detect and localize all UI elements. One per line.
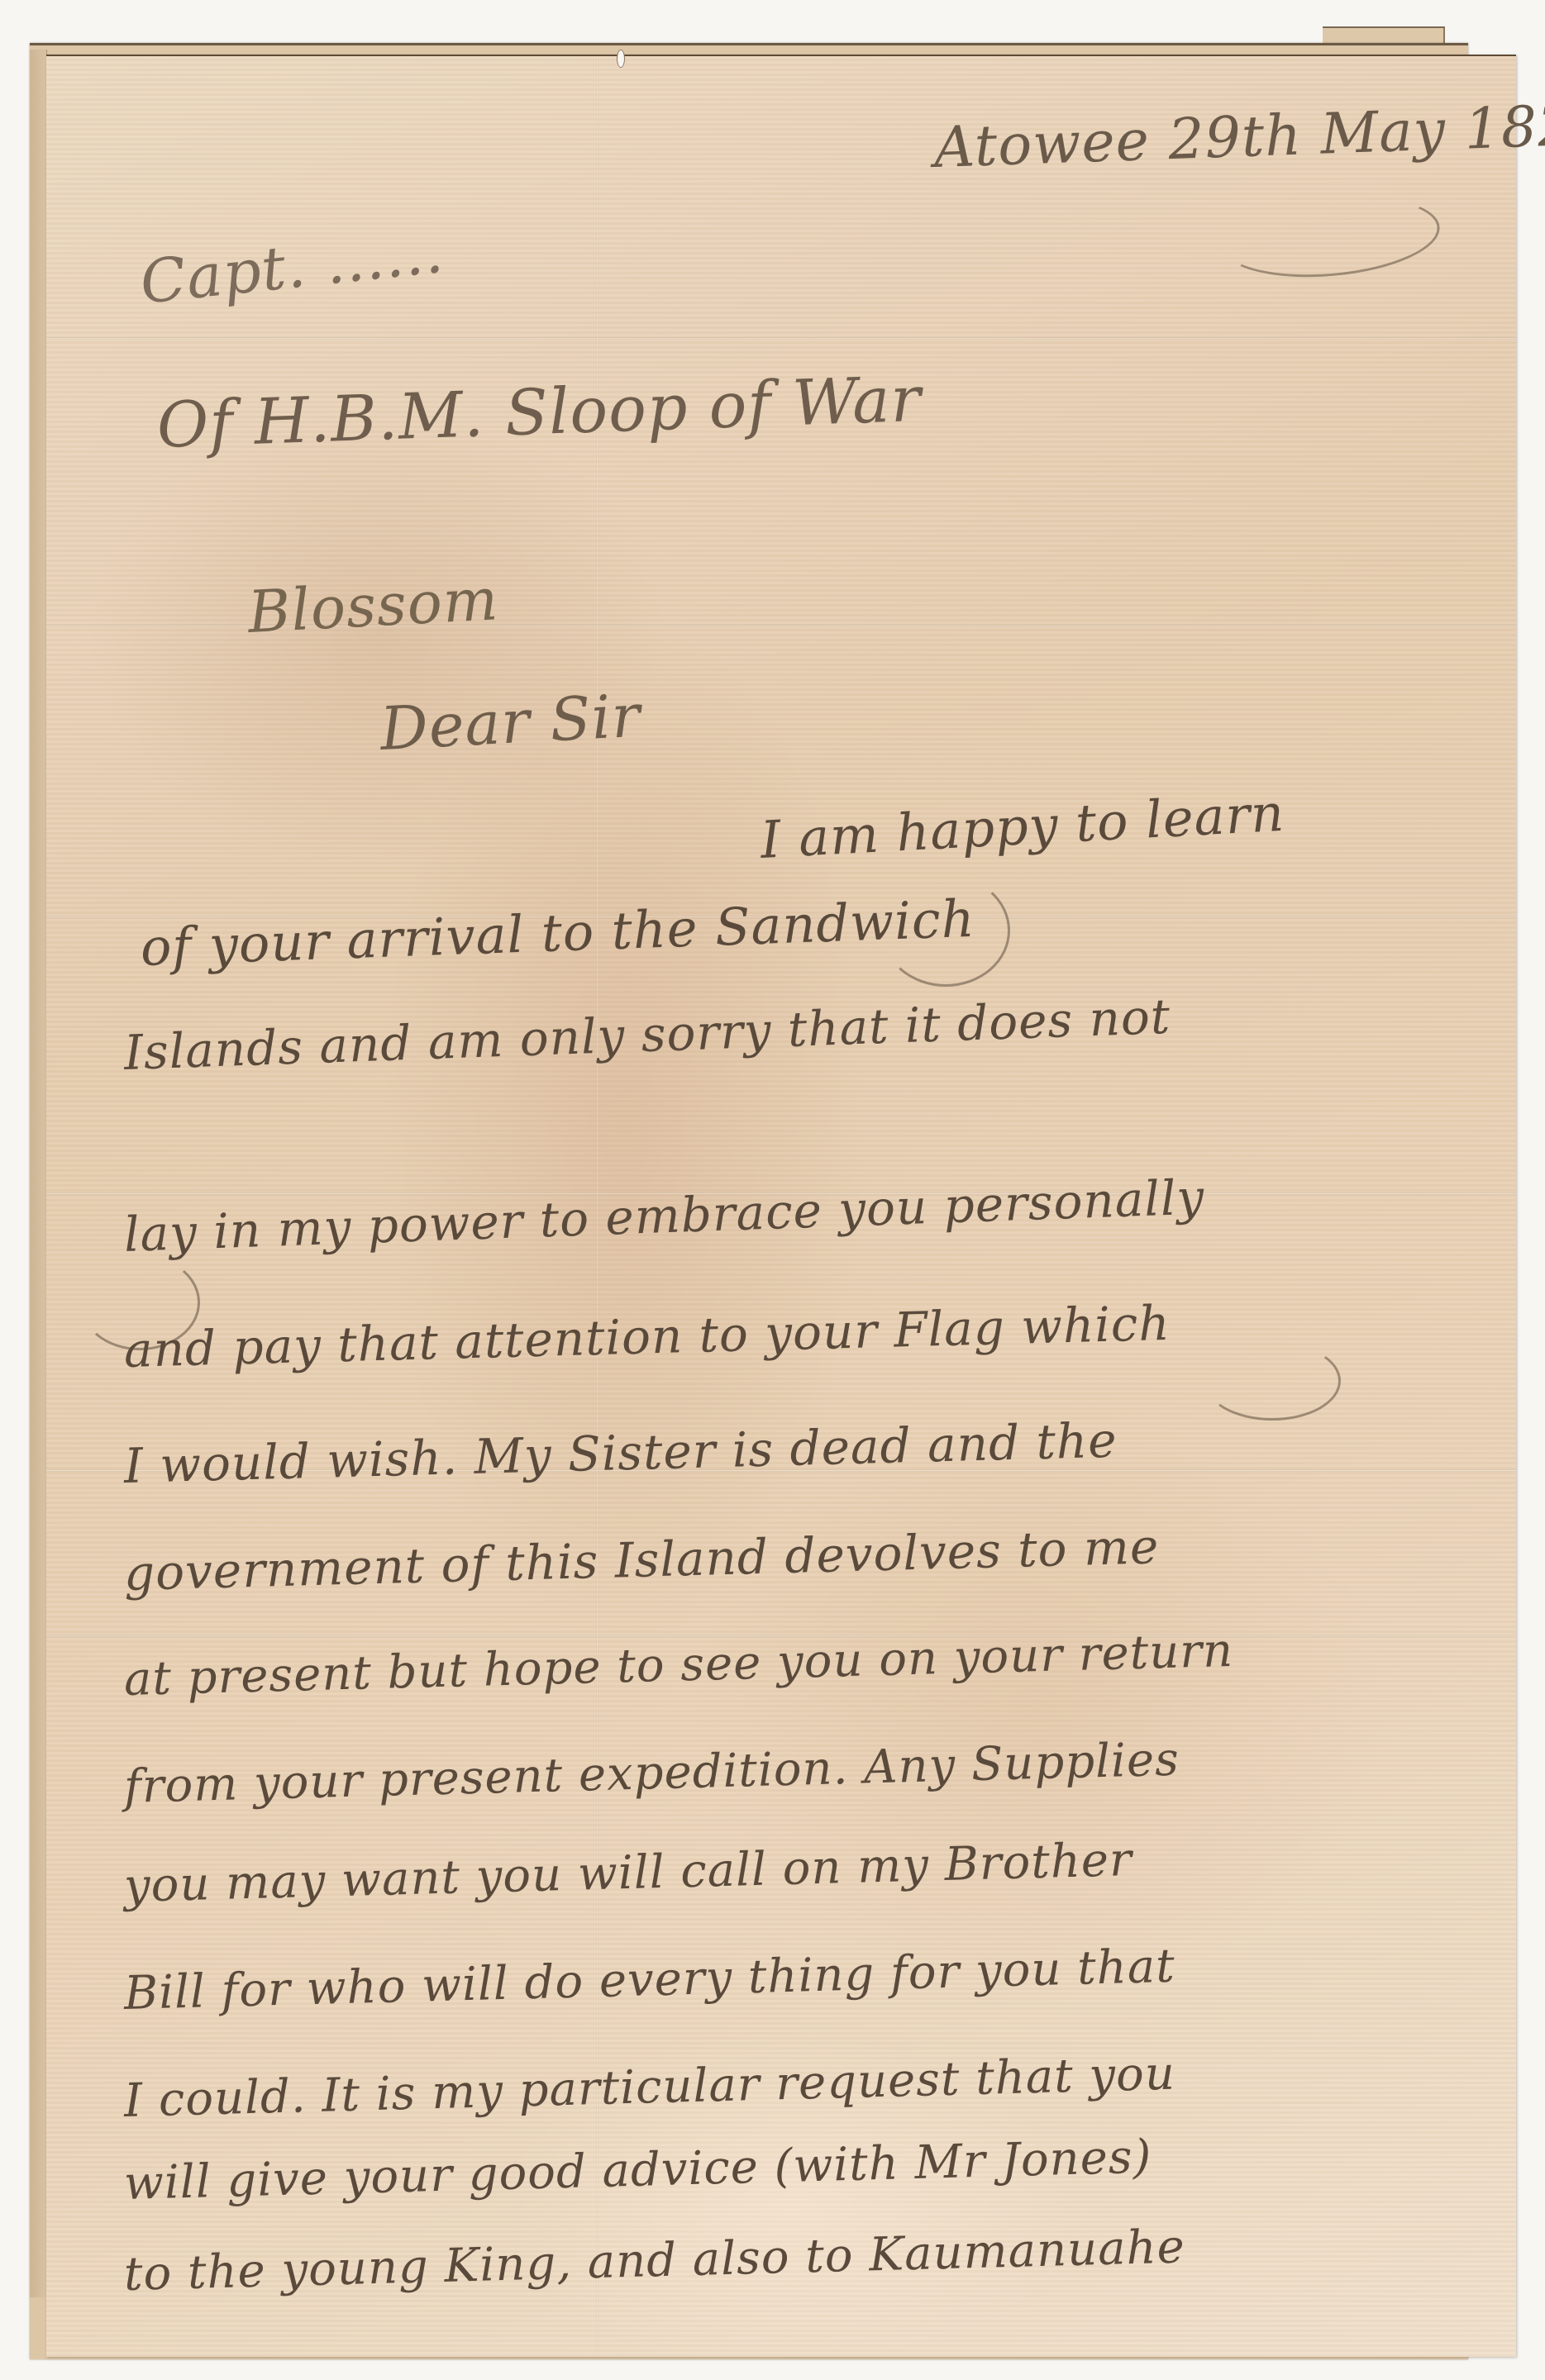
date-flourish <box>1217 188 1442 286</box>
ink-flourish <box>1204 1341 1341 1421</box>
address-line-ship-name: Blossom <box>246 565 500 646</box>
salutation: Dear Sir <box>379 681 642 764</box>
folded-edge-strip <box>30 50 47 2297</box>
fold-crease <box>46 337 1516 340</box>
pinhole <box>617 50 625 68</box>
